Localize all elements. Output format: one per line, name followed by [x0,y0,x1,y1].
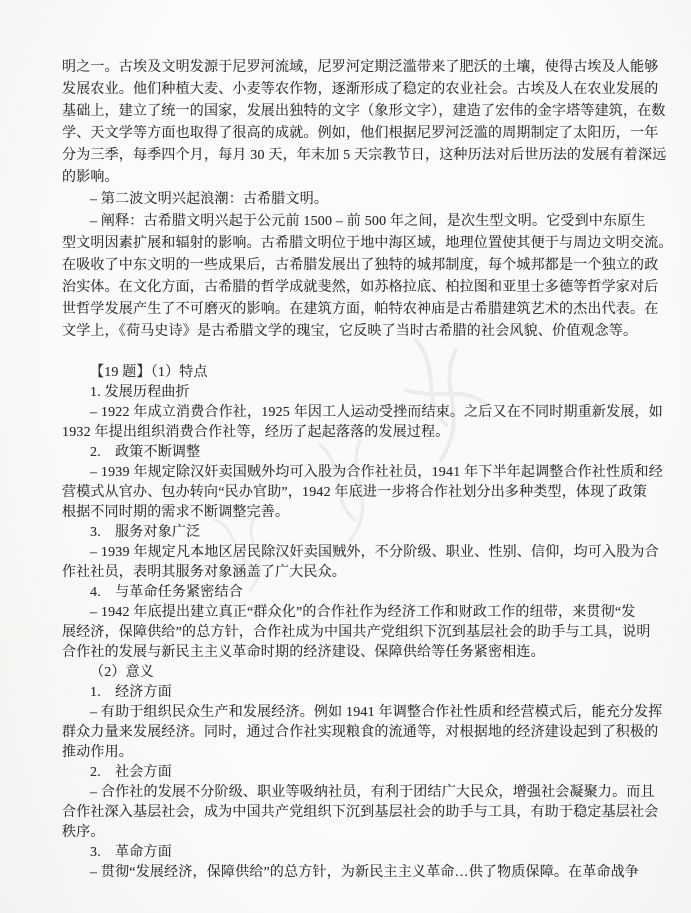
text-line: 合作社的发展与新民主主义革命时期的经济建设、保障供给等任务紧密相连。 [62,643,663,663]
text-line: 1. 经济方面 [62,683,663,703]
text-line: – 1942 年底提出建立真正“群众化”的合作社作为经济工作和财政工作的纽带，来… [62,603,663,623]
text-line: – 1939 年规定除汉奸卖国贼外均可入股为合作社社员，1941 年下半年起调整… [62,463,663,483]
text-line: （2）意义 [62,663,663,683]
text-line: 秩序。 [62,823,663,843]
text-line: 世哲学发展产生了不可磨灭的影响。在建筑方面，帕特农神庙是古希腊建筑艺术的杰出代表… [62,299,663,321]
text-line: – 贯彻“发展经济，保障供给”的总方针，为新民主主义革命…供了物质保障。在革命战… [62,863,663,883]
document-page: 明之一。古埃及文明发源于尼罗河流域，尼罗河定期泛滥带来了肥沃的土壤，使得古埃及人… [0,0,691,913]
text-line: 3. 服务对象广泛 [62,523,663,543]
text-line: 型文明因素扩展和辐射的影响。古希腊文明位于地中海区域，地理位置使其便于与周边文明… [62,233,663,255]
text-line: 1. 发展历程曲折 [62,383,663,403]
text-line: – 第二波文明兴起浪潮：古希腊文明。 [62,189,663,211]
text-line: 分为三季，每季四个月，每月 30 天，年末加 5 天宗教节日，这种历法对后世历法… [62,145,663,167]
text-line: 营模式从官办、包办转向“民办官助”，1942 年底进一步将合作社划分出多种类型，… [62,483,663,503]
text-line: – 1939 年规定凡本地区居民除汉奸卖国贼外，不分阶级、职业、性别、信仰，均可… [62,543,663,563]
section-civilization-notes: 明之一。古埃及文明发源于尼罗河流域，尼罗河定期泛滥带来了肥沃的土壤，使得古埃及人… [62,57,663,343]
text-line: 2. 政策不断调整 [62,443,663,463]
text-line: 合作社深入基层社会，成为中国共产党组织下沉到基层社会的助手与工具，有助于稳定基层… [62,803,663,823]
text-line: 群众力量来发展经济。同时，通过合作社实现粮食的流通等，对根据地的经济建设起到了积… [62,723,663,743]
text-line: 2. 社会方面 [62,763,663,783]
text-line: – 阐释：古希腊文明兴起于公元前 1500 – 前 500 年之间，是次生型文明… [62,211,663,233]
text-line: – 1922 年成立消费合作社，1925 年因工人运动受挫而结束。之后又在不同时… [62,403,663,423]
text-line: 治实体。在文化方面，古希腊的哲学成就斐然，如苏格拉底、柏拉图和亚里士多德等哲学家… [62,277,663,299]
text-line: 展经济，保障供给”的总方针，合作社成为中国共产党组织下沉到基层社会的助手与工具，… [62,623,663,643]
text-line: 1932 年提出组织消费合作社等，经历了起起落落的发展过程。 [62,423,663,443]
text-line: – 有助于组织民众生产和发展经济。例如 1941 年调整合作社性质和经营模式后，… [62,703,663,723]
text-line: 在吸收了中东文明的一些成果后，古希腊发展出了独特的城邦制度，每个城邦都是一个独立… [62,255,663,277]
text-line: 发展农业。他们种植大麦、小麦等农作物，逐渐形成了稳定的农业社会。古埃及人在农业发… [62,79,663,101]
text-line: – 合作社的发展不分阶级、职业等吸纳社员，有利于团结广大民众，增强社会凝聚力。而… [62,783,663,803]
text-line: 基础上，建立了统一的国家，发展出独特的文字（象形文字），建造了宏伟的金字塔等建筑… [62,101,663,123]
section-answer-question-19: 【19 题】（1）特点1. 发展历程曲折– 1922 年成立消费合作社，1925… [62,363,663,883]
text-line: 的影响。 [62,167,663,189]
text-line: 【19 题】（1）特点 [62,363,663,383]
text-line: 学、天文学等方面也取得了很高的成就。例如，他们根据尼罗河泛滥的周期制定了太阳历，… [62,123,663,145]
text-line: 4. 与革命任务紧密结合 [62,583,663,603]
text-line: 明之一。古埃及文明发源于尼罗河流域，尼罗河定期泛滥带来了肥沃的土壤，使得古埃及人… [62,57,663,79]
text-line: 作社社员，表明其服务对象涵盖了广大民众。 [62,563,663,583]
text-line: 3. 革命方面 [62,843,663,863]
text-line: 根据不同时期的需求不断调整完善。 [62,503,663,523]
text-line: 推动作用。 [62,743,663,763]
text-line: 文学上，《荷马史诗》是古希腊文学的瑰宝，它反映了当时古希腊的社会风貌、价值观念等… [62,321,663,343]
